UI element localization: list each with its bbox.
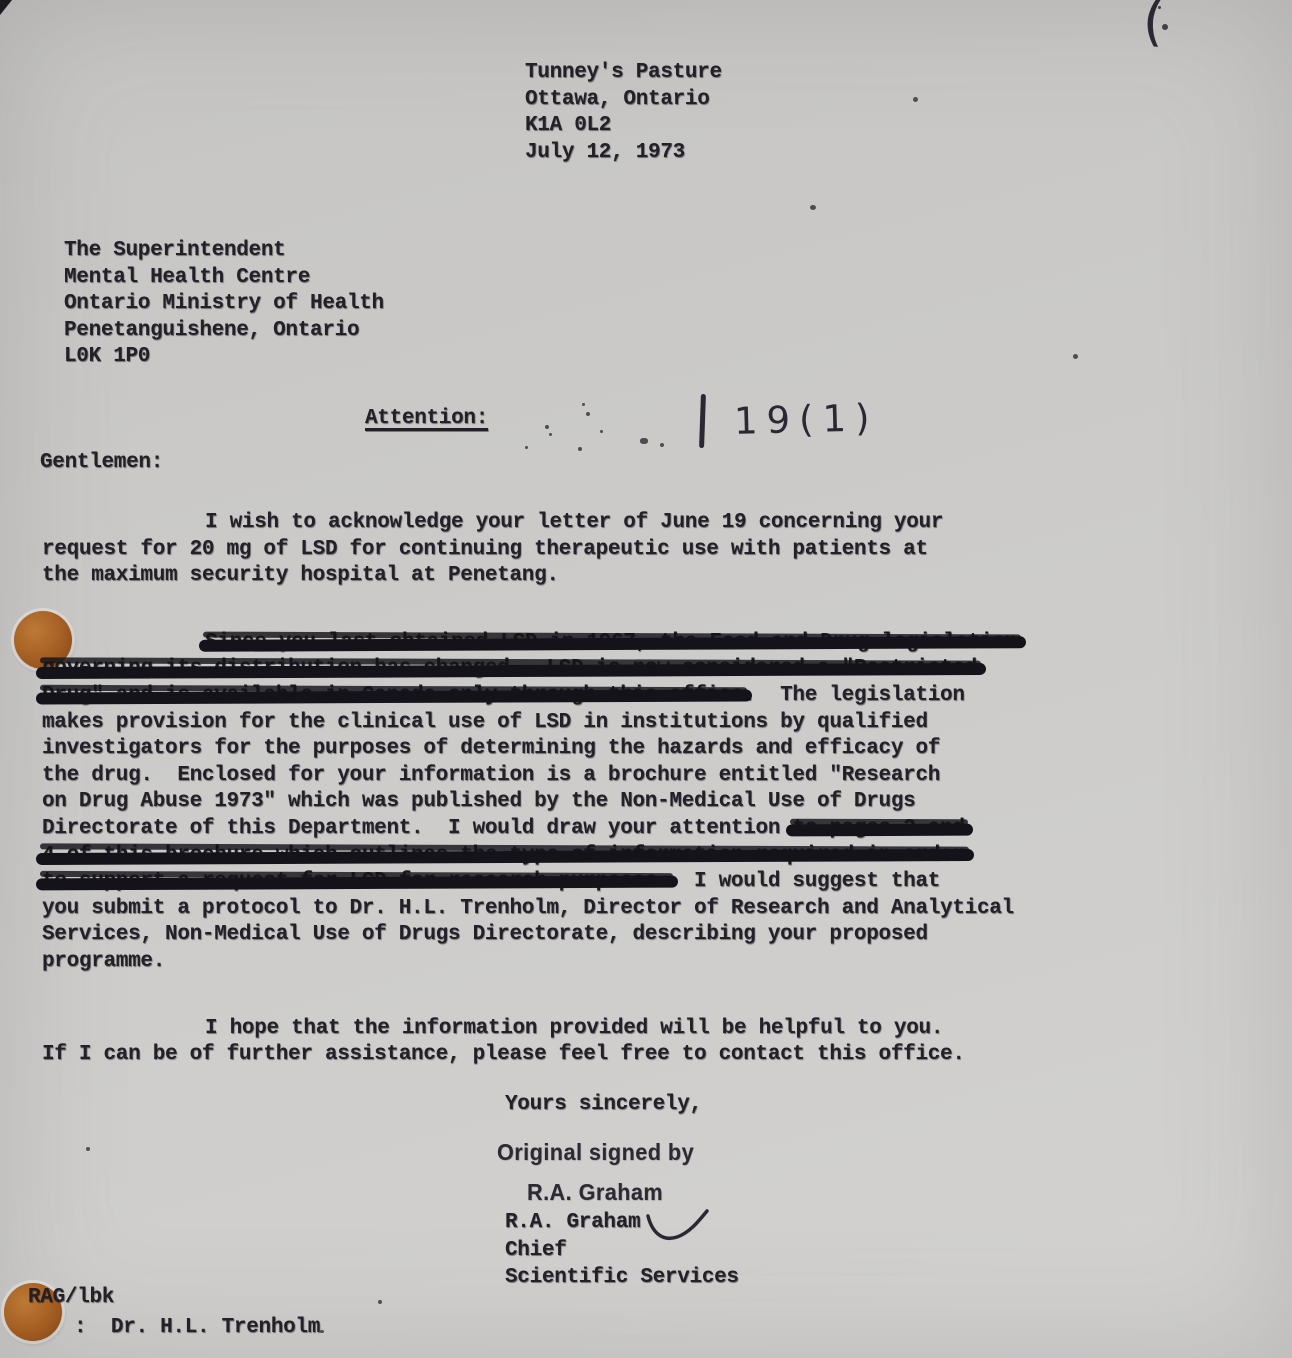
redacted-text: to support a request for LSD for researc…	[42, 870, 669, 893]
handwritten-squiggle	[642, 1208, 712, 1248]
ink-speck	[660, 443, 664, 447]
body-line: to support a request for LSD for researc…	[42, 869, 1202, 896]
paragraph: Since you last obtained LSD in 1967, the…	[42, 630, 1202, 976]
body-text: I hope that the information provided wil…	[205, 1017, 943, 1040]
body-text: I would suggest that	[669, 870, 940, 893]
typed-signature-name: R.A. Graham	[505, 1210, 640, 1237]
body-text: programme.	[42, 950, 165, 973]
ink-speck	[378, 1300, 382, 1304]
body-text: the maximum security hospital at Penetan…	[42, 564, 559, 587]
body-line: Services, Non-Medical Use of Drugs Direc…	[42, 922, 1202, 949]
valediction: Yours sincerely,	[505, 1092, 702, 1119]
body-text: makes provision for the clinical use of …	[42, 711, 928, 734]
body-text: you submit a protocol to Dr. H.L. Trenho…	[42, 897, 1014, 920]
ink-speck	[1158, 6, 1161, 9]
sender-line: Tunney's Pasture	[525, 60, 722, 87]
redacted-text: Drug" and is available in Canada only th…	[42, 684, 743, 707]
ink-speck	[320, 1330, 324, 1333]
attention-label: Attention:	[365, 406, 488, 433]
body-line: governing its distribution has changed. …	[42, 656, 1202, 683]
signer-department: Scientific Services	[505, 1265, 739, 1292]
recipient-line: Penetanguishene, Ontario	[64, 318, 384, 345]
scan-corner-artifact	[0, 0, 12, 15]
exemption-code: 19(1)	[733, 396, 879, 443]
sender-line: Ottawa, Ontario	[525, 87, 722, 114]
redacted-text: governing its distribution has changed. …	[42, 657, 977, 680]
cc-line: : Dr. H.L. Trenholm	[74, 1315, 320, 1342]
recipient-line: Ontario Ministry of Health	[64, 291, 384, 318]
ink-speck	[549, 433, 552, 436]
ink-speck	[86, 1147, 90, 1151]
body-line: you submit a protocol to Dr. H.L. Trenho…	[42, 896, 1202, 923]
ink-speck	[913, 97, 918, 102]
sender-block: Tunney's Pasture Ottawa, Ontario K1A 0L2…	[525, 60, 722, 166]
body-line: I wish to acknowledge your letter of Jun…	[42, 510, 1202, 537]
ink-speck	[640, 438, 648, 444]
ink-speck	[810, 205, 816, 210]
ink-speck	[600, 430, 603, 433]
scanned-letter-page: ( Tunney's Pasture Ottawa, Ontario K1A 0…	[0, 0, 1292, 1358]
signer-title: Chief	[505, 1238, 567, 1265]
body-line: I hope that the information provided wil…	[42, 1016, 1202, 1043]
original-signed-stamp: Original signed by	[497, 1139, 694, 1166]
body-line: on Drug Abuse 1973" which was published …	[42, 789, 1202, 816]
handwritten-bar-stroke	[699, 394, 706, 448]
redacted-text: to pages 3 and	[792, 817, 964, 840]
body-text: I wish to acknowledge your letter of Jun…	[205, 511, 943, 534]
body-line: Drug" and is available in Canada only th…	[42, 683, 1202, 710]
body-text: . The legislation	[743, 684, 964, 707]
body-line: Directorate of this Department. I would …	[42, 816, 1202, 843]
body-line: investigators for the purposes of determ…	[42, 736, 1202, 763]
ink-speck	[586, 412, 590, 416]
paragraph: I hope that the information provided wil…	[42, 1016, 1202, 1069]
ink-speck	[1162, 24, 1168, 30]
date-line: July 12, 1973	[525, 140, 722, 167]
body-text: If I can be of further assistance, pleas…	[42, 1043, 965, 1066]
body: I wish to acknowledge your letter of Jun…	[42, 510, 1202, 1109]
ink-speck	[578, 447, 582, 451]
reference-initials: RAG/lbk	[28, 1285, 114, 1312]
body-text: request for 20 mg of LSD for continuing …	[42, 538, 928, 561]
ink-speck	[582, 403, 585, 406]
ink-speck	[525, 446, 528, 449]
body-line: 4 of this brochure which outlines the ty…	[42, 843, 1202, 870]
recipient-block: The Superintendent Mental Health Centre …	[64, 238, 384, 371]
body-text: investigators for the purposes of determ…	[42, 737, 940, 760]
redacted-text: Since you last obtained LSD in 1967, the…	[205, 631, 1017, 654]
body-line: the maximum security hospital at Penetan…	[42, 563, 1202, 590]
body-line: programme.	[42, 949, 1202, 976]
body-line: makes provision for the clinical use of …	[42, 710, 1202, 737]
body-line: If I can be of further assistance, pleas…	[42, 1042, 1202, 1069]
sender-line: K1A 0L2	[525, 113, 722, 140]
body-text: Directorate of this Department. I would …	[42, 817, 792, 840]
body-line: request for 20 mg of LSD for continuing …	[42, 537, 1202, 564]
body-text: on Drug Abuse 1973" which was published …	[42, 790, 915, 813]
body-text: Services, Non-Medical Use of Drugs Direc…	[42, 923, 928, 946]
body-line: Since you last obtained LSD in 1967, the…	[42, 630, 1202, 657]
ink-speck	[545, 425, 549, 429]
body-text: the drug. Enclosed for your information …	[42, 764, 940, 787]
salutation: Gentlemen:	[40, 450, 163, 477]
redacted-text: 4 of this brochure which outlines the ty…	[42, 844, 965, 867]
paragraph: I wish to acknowledge your letter of Jun…	[42, 510, 1202, 590]
recipient-line: L0K 1P0	[64, 344, 384, 371]
recipient-line: Mental Health Centre	[64, 265, 384, 292]
body-line: the drug. Enclosed for your information …	[42, 763, 1202, 790]
ink-speck	[1073, 354, 1078, 359]
signature-stamp-name: R.A. Graham	[527, 1179, 663, 1206]
recipient-line: The Superintendent	[64, 238, 384, 265]
